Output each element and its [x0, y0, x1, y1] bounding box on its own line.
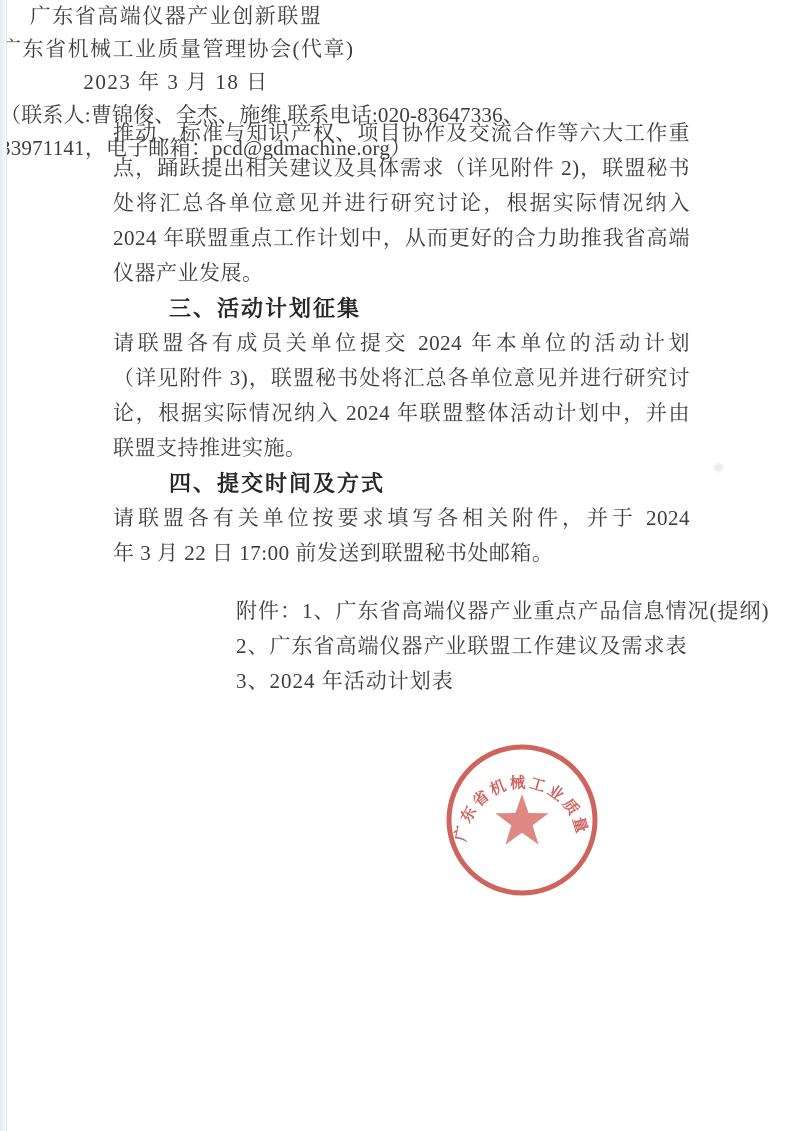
seal-graphic: 广东省机械工业质量管理协会 — [444, 742, 600, 898]
section-three-heading: 三、活动计划征集 — [113, 291, 690, 326]
attachment-line: 2、广东省高端仪器产业联盟工作建议及需求表 — [113, 629, 690, 664]
text-line: 推动、标准与知识产权、项目协作及交流合作等六大工作重 — [113, 116, 690, 151]
text-line: 2024 年联盟重点工作计划中，从而更好的合力助推我省高端 — [113, 221, 690, 256]
section-three-paragraph: 请联盟各有成员关单位提交 2024 年本单位的活动计划（详见附件 3)，联盟秘书… — [113, 326, 690, 466]
attachment-line: 3、2024 年活动计划表 — [113, 664, 690, 699]
document-page: 推动、标准与知识产权、项目协作及交流合作等六大工作重点，踊跃提出相关建议及具体需… — [0, 0, 800, 1131]
scan-edge-line — [6, 0, 7, 1131]
text-line: 论，根据实际情况纳入 2024 年联盟整体活动计划中，并由 — [113, 396, 690, 431]
document-body: 推动、标准与知识产权、项目协作及交流合作等六大工作重点，踊跃提出相关建议及具体需… — [113, 116, 690, 571]
attachment-line: 附件：1、广东省高端仪器产业重点产品信息情况(提纲) — [113, 594, 690, 629]
seal-star-icon — [495, 794, 548, 845]
paragraph-continuation: 推动、标准与知识产权、项目协作及交流合作等六大工作重点，踊跃提出相关建议及具体需… — [113, 116, 690, 291]
signature-org-2: 广东省机械工业质量管理协会(代章) — [0, 33, 352, 66]
text-line: 请联盟各有成员关单位提交 2024 年本单位的活动计划 — [113, 326, 690, 361]
signature-org-1: 广东省高端仪器产业创新联盟 — [0, 0, 352, 33]
section-four-heading: 四、提交时间及方式 — [113, 466, 690, 501]
text-line: 联盟支持推进实施。 — [113, 431, 690, 466]
signature-date: 2023 年 3 月 18 日 — [0, 66, 352, 99]
text-line: （详见附件 3)，联盟秘书处将汇总各单位意见并进行研究讨 — [113, 361, 690, 396]
signature-block: 广东省高端仪器产业创新联盟 广东省机械工业质量管理协会(代章) 2023 年 3… — [0, 0, 352, 99]
text-line: 处将汇总各单位意见并进行研究讨论，根据实际情况纳入 — [113, 186, 690, 221]
text-line: 仪器产业发展。 — [113, 256, 690, 291]
official-seal: 广东省机械工业质量管理协会 — [444, 742, 600, 898]
text-line: 点，踊跃提出相关建议及具体需求（详见附件 2)，联盟秘书 — [113, 151, 690, 186]
text-line: 请联盟各有关单位按要求填写各相关附件，并于 2024 — [113, 501, 690, 536]
attachments-list: 附件：1、广东省高端仪器产业重点产品信息情况(提纲)2、广东省高端仪器产业联盟工… — [113, 594, 690, 699]
seal-ring-text: 广东省机械工业质量管理协会 — [444, 742, 593, 843]
section-four-paragraph: 请联盟各有关单位按要求填写各相关附件，并于 2024年 3 月 22 日 17:… — [113, 501, 690, 571]
text-line: 年 3 月 22 日 17:00 前发送到联盟秘书处邮箱。 — [113, 536, 690, 571]
seal-ring — [449, 747, 595, 893]
scan-speck — [714, 463, 723, 472]
